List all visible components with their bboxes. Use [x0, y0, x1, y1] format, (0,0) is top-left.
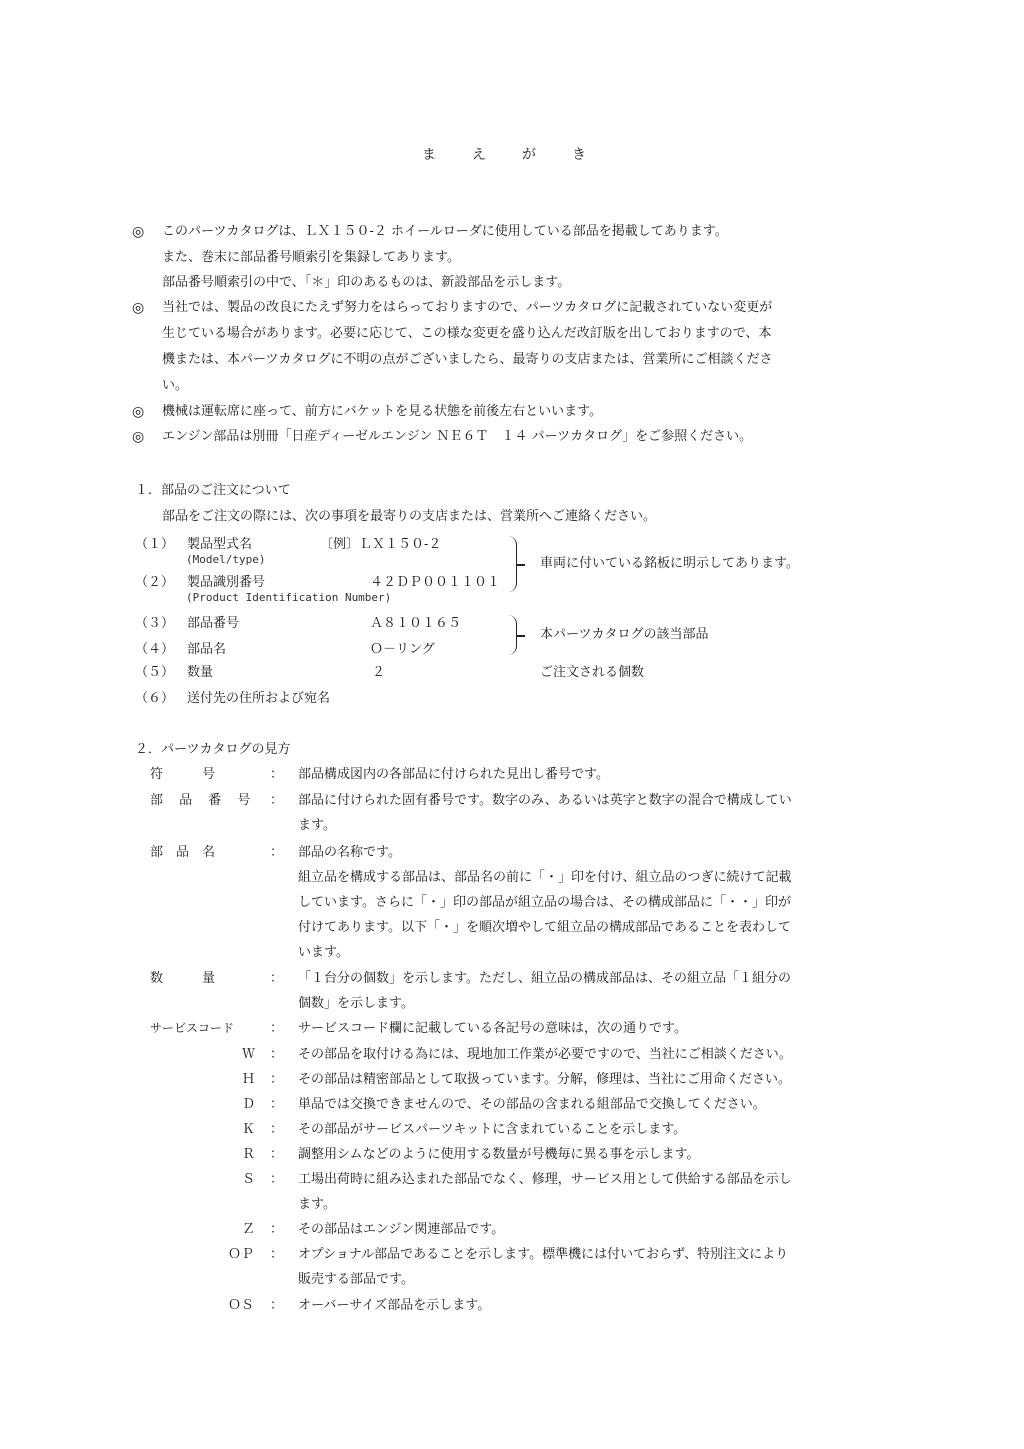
code-label: Ｒ — [242, 1148, 255, 1161]
page-title: まえがき — [422, 148, 622, 162]
code-desc: 調整用シムなどのように使用する数量が号機毎に異る事を示します。 — [298, 1148, 699, 1161]
term-desc: サービスコード欄に記載している各記号の意味は，次の通りです。 — [298, 1022, 687, 1035]
colon: ： — [270, 1148, 283, 1161]
intro-line: エンジン部品は別冊「日産ディーゼルエンジン ＮＥ６Ｔ １４ パーツカタログ」をご… — [162, 430, 752, 443]
item-number: （４） — [135, 643, 174, 656]
item-value: ２ — [372, 666, 385, 679]
term-desc: 付けてあります。以下「・」を順次増やして組立品の構成部品であることを表わして — [298, 921, 791, 934]
code-desc: その部品がサービスパーツキットに含まれていることを示します。 — [298, 1123, 686, 1136]
intro-line: い。 — [162, 379, 188, 392]
brace-icon — [508, 615, 517, 655]
code-label: ＯＳ — [228, 1299, 254, 1312]
term-desc: 「１台分の個数」を示します。ただし、組立品の構成部品は、その組立品「１組分の — [298, 972, 791, 985]
item-number: （５） — [135, 666, 174, 679]
code-desc: 工場出荷時に組み込まれた部品でなく、修理，サービス用として供給する部品を示し — [298, 1173, 792, 1186]
colon: ： — [270, 1223, 283, 1236]
item-sublabel: (Model/type) — [186, 554, 265, 565]
bullet-mark: ◎ — [132, 405, 144, 419]
code-label: Ｗ — [242, 1048, 255, 1061]
bullet-mark: ◎ — [132, 430, 144, 444]
colon: ： — [270, 1299, 283, 1312]
item-label: 部品番号 — [187, 617, 239, 630]
item-value: Ｏ－リング — [370, 643, 435, 656]
item-number: （６） — [135, 692, 174, 705]
colon: ： — [270, 846, 283, 859]
code-label: Ｓ — [242, 1173, 255, 1186]
code-desc: その部品はエンジン関連部品です。 — [298, 1223, 504, 1236]
item-sublabel: (Product Identification Number) — [186, 592, 391, 603]
code-desc: 単品では交換できませんので、その部品の含まれる組部品で交換してください。 — [298, 1098, 766, 1111]
code-label: Ｚ — [242, 1223, 255, 1236]
code-label: Ｄ — [242, 1098, 255, 1111]
colon: ： — [270, 1123, 283, 1136]
item-value: ４２ＤＰ００１１０１ — [370, 576, 500, 589]
item-value: 〔例〕ＬＸ１５０-２ — [320, 538, 441, 551]
item-label: 送付先の住所および宛名 — [187, 692, 330, 705]
term-desc: います。 — [298, 946, 349, 959]
intro-line: また、巻末に部品番号順索引を集録してあります。 — [162, 251, 460, 264]
intro-line: 部品番号順索引の中で、「＊」印のあるものは、新設部品を示します。 — [162, 276, 570, 289]
group-note: 車両に付いている銘板に明示してあります。 — [540, 557, 799, 570]
term-label: 数 量 — [150, 972, 215, 985]
section-heading: １．部品のご注文について — [135, 484, 291, 497]
brace-icon — [508, 536, 517, 592]
bullet-mark: ◎ — [132, 225, 144, 239]
term-desc: ます。 — [298, 819, 336, 832]
code-desc: その部品は精密部品として取扱っています。分解，修理は、当社にご用命ください。 — [298, 1073, 791, 1086]
colon: ： — [270, 1098, 283, 1111]
colon: ： — [270, 1022, 283, 1035]
term-label: 部 品 名 — [150, 846, 215, 859]
code-desc: オーバーサイズ部品を示します。 — [298, 1299, 490, 1312]
item-note: ご注文される個数 — [540, 666, 644, 679]
item-label: 製品型式名 — [187, 538, 252, 551]
term-label: 部 品 番 号 — [150, 794, 256, 807]
item-value: Ａ８１０１６５ — [370, 617, 461, 630]
item-number: （３） — [135, 617, 174, 630]
colon: ： — [270, 972, 283, 985]
code-desc: ます。 — [298, 1198, 336, 1211]
code-desc: オプショナル部品であることを示します。標準機には付いておらず、特別注文により — [298, 1248, 788, 1261]
code-label: Ｈ — [242, 1073, 255, 1086]
intro-line: 機または、本パーツカタログに不明の点がございましたら、最寄りの支店または、営業所… — [162, 353, 772, 366]
section-heading: ２．パーツカタログの見方 — [135, 743, 290, 756]
code-desc: 販売する部品です。 — [298, 1273, 414, 1286]
colon: ： — [270, 1173, 283, 1186]
colon: ： — [270, 1248, 283, 1261]
term-desc: 部品に付けられた固有番号です。数字のみ、あるいは英字と数字の混合で構成してい — [298, 794, 792, 807]
intro-line: 機械は運転席に座って、前方にバケットを見る状態を前後左右といいます。 — [162, 405, 602, 418]
term-desc: しています。さらに「・」印の部品が組立品の場合は、その構成部品に「・・」印が — [298, 896, 791, 909]
term-desc: 部品構成図内の各部品に付けられた見出し番号です。 — [298, 768, 609, 781]
term-desc: 個数」を示します。 — [298, 997, 414, 1010]
intro-line: 生じている場合があります。必要に応じて、この様な変更を盛り込んだ改訂版を出してお… — [162, 327, 771, 340]
term-desc: 組立品を構成する部品は、部品名の前に「・」印を付け、組立品のつぎに続けて記載 — [298, 871, 791, 884]
bullet-mark: ◎ — [132, 301, 144, 315]
item-number: （２） — [135, 576, 174, 589]
intro-line: このパーツカタログは、ＬＸ１５０-２ ホイールローダに使用している部品を掲載して… — [162, 225, 728, 238]
item-label: 製品識別番号 — [187, 576, 265, 589]
section-lead: 部品をご注文の際には、次の事項を最寄りの支店または、営業所へご連絡ください。 — [162, 510, 656, 523]
intro-line: 当社では、製品の改良にたえず努力をはらっておりますので、パーツカタログに記載され… — [162, 301, 772, 314]
colon: ： — [270, 768, 283, 781]
colon: ： — [270, 1073, 283, 1086]
code-desc: その部品を取付ける為には、現地加工作業が必要ですので、当社にご相談ください。 — [298, 1048, 792, 1061]
term-desc: 部品の名称です。 — [298, 846, 401, 859]
term-label: サービスコード — [150, 1022, 234, 1034]
code-label: Ｋ — [242, 1123, 255, 1136]
item-number: （１） — [135, 538, 174, 551]
term-label: 符 号 — [150, 768, 215, 781]
colon: ： — [270, 794, 283, 807]
item-label: 部品名 — [187, 643, 226, 656]
code-label: ＯＰ — [228, 1248, 254, 1261]
group-note: 本パーツカタログの該当部品 — [540, 628, 708, 641]
item-label: 数量 — [187, 666, 213, 679]
colon: ： — [270, 1048, 283, 1061]
